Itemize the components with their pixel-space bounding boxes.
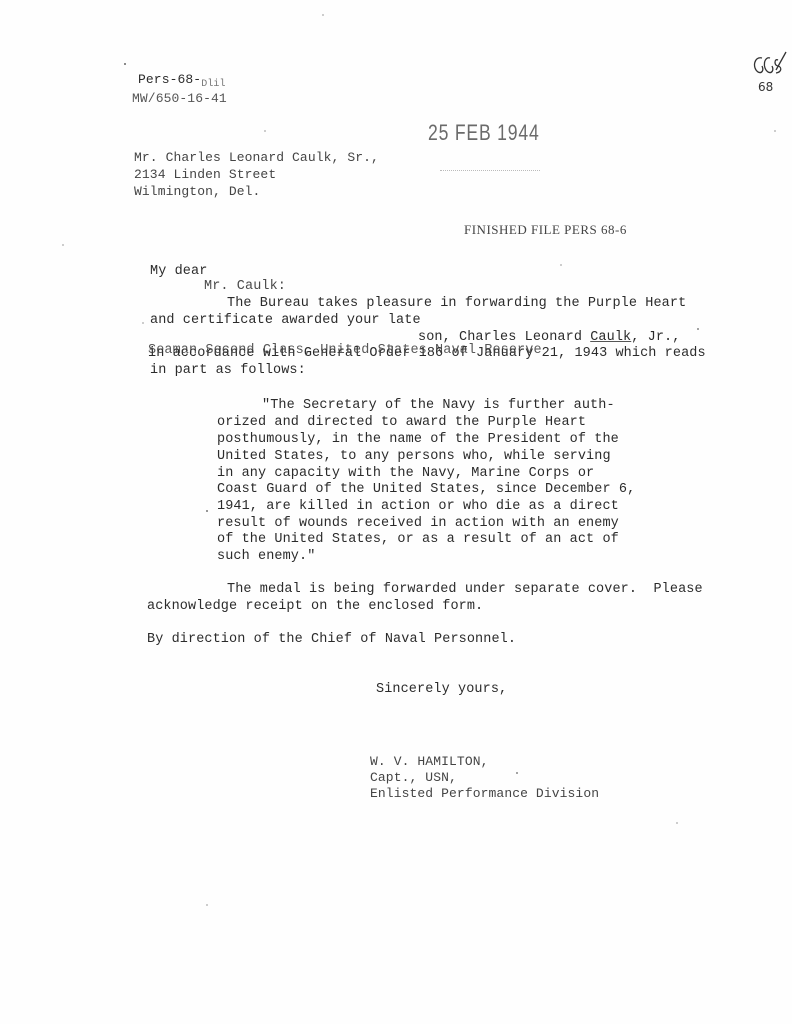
recipient-city: Wilmington, Del. (134, 184, 260, 200)
paragraph-1-line-1: The Bureau takes pleasure in forwarding … (227, 296, 686, 312)
paragraph-1-line-2: and certificate awarded your late (150, 313, 421, 329)
reference-suffix: Dlil (201, 79, 225, 90)
reference-line-1: Pers-68-Dlil (138, 72, 226, 90)
quote-line: United States, to any persons who, while… (217, 449, 611, 465)
direction-line: By direction of the Chief of Naval Perso… (147, 632, 516, 648)
scan-speck (676, 822, 678, 824)
quote-line: such enemy." (217, 549, 315, 565)
quote-line: posthumously, in the name of the Preside… (217, 432, 619, 448)
scan-speck (206, 904, 208, 906)
date-underline (440, 170, 540, 171)
scan-speck (774, 130, 776, 132)
margin-number: 68 (758, 80, 773, 94)
quote-line: 1941, are killed in action or who die as… (217, 499, 619, 515)
sign-off: Sincerely yours, (376, 682, 507, 698)
quote-line: result of wounds received in action with… (217, 516, 619, 532)
scan-speck (264, 130, 266, 132)
signatory-name: W. V. HAMILTON, (370, 754, 489, 770)
scan-speck (142, 322, 144, 324)
scan-speck (206, 510, 208, 512)
scan-speck (124, 63, 126, 65)
scan-speck (62, 244, 64, 246)
signatory-rank: Capt., USN, (370, 770, 457, 786)
letter-page: Pers-68-Dlil MW/650-16-41 68 25 FEB 1944… (0, 0, 792, 1024)
paragraph-2-line-1: The medal is being forwarded under separ… (227, 582, 703, 598)
paragraph-1-line-5: in part as follows: (150, 363, 306, 379)
son-name-suffix: , Jr., (631, 330, 680, 345)
reference-line-2: MW/650-16-41 (132, 91, 227, 107)
date-stamp: 25 FEB 1944 (428, 120, 540, 146)
son-surname: Caulk (590, 330, 631, 345)
recipient-name: Mr. Charles Leonard Caulk, Sr., (134, 150, 379, 166)
scan-speck (697, 328, 699, 330)
file-stamp: FINISHED FILE PERS 68-6 (464, 222, 627, 238)
recipient-street: 2134 Linden Street (134, 167, 276, 183)
quote-line: "The Secretary of the Navy is further au… (262, 398, 615, 414)
quote-line: Coast Guard of the United States, since … (217, 482, 635, 498)
quote-line: of the United States, or as a result of … (217, 532, 619, 548)
overprint-rank: Seaman Second Class, United States Naval… (148, 343, 542, 359)
scan-speck (322, 14, 324, 16)
quote-line: orized and directed to award the Purple … (217, 415, 586, 431)
scan-speck (516, 772, 518, 774)
salutation-line-1: My dear (150, 264, 207, 280)
scan-speck (560, 264, 562, 266)
quote-line: in any capacity with the Navy, Marine Co… (217, 466, 594, 482)
paragraph-2-line-2: acknowledge receipt on the enclosed form… (147, 599, 483, 615)
salutation-line-2: Mr. Caulk: (204, 279, 286, 295)
signatory-division: Enlisted Performance Division (370, 786, 599, 802)
